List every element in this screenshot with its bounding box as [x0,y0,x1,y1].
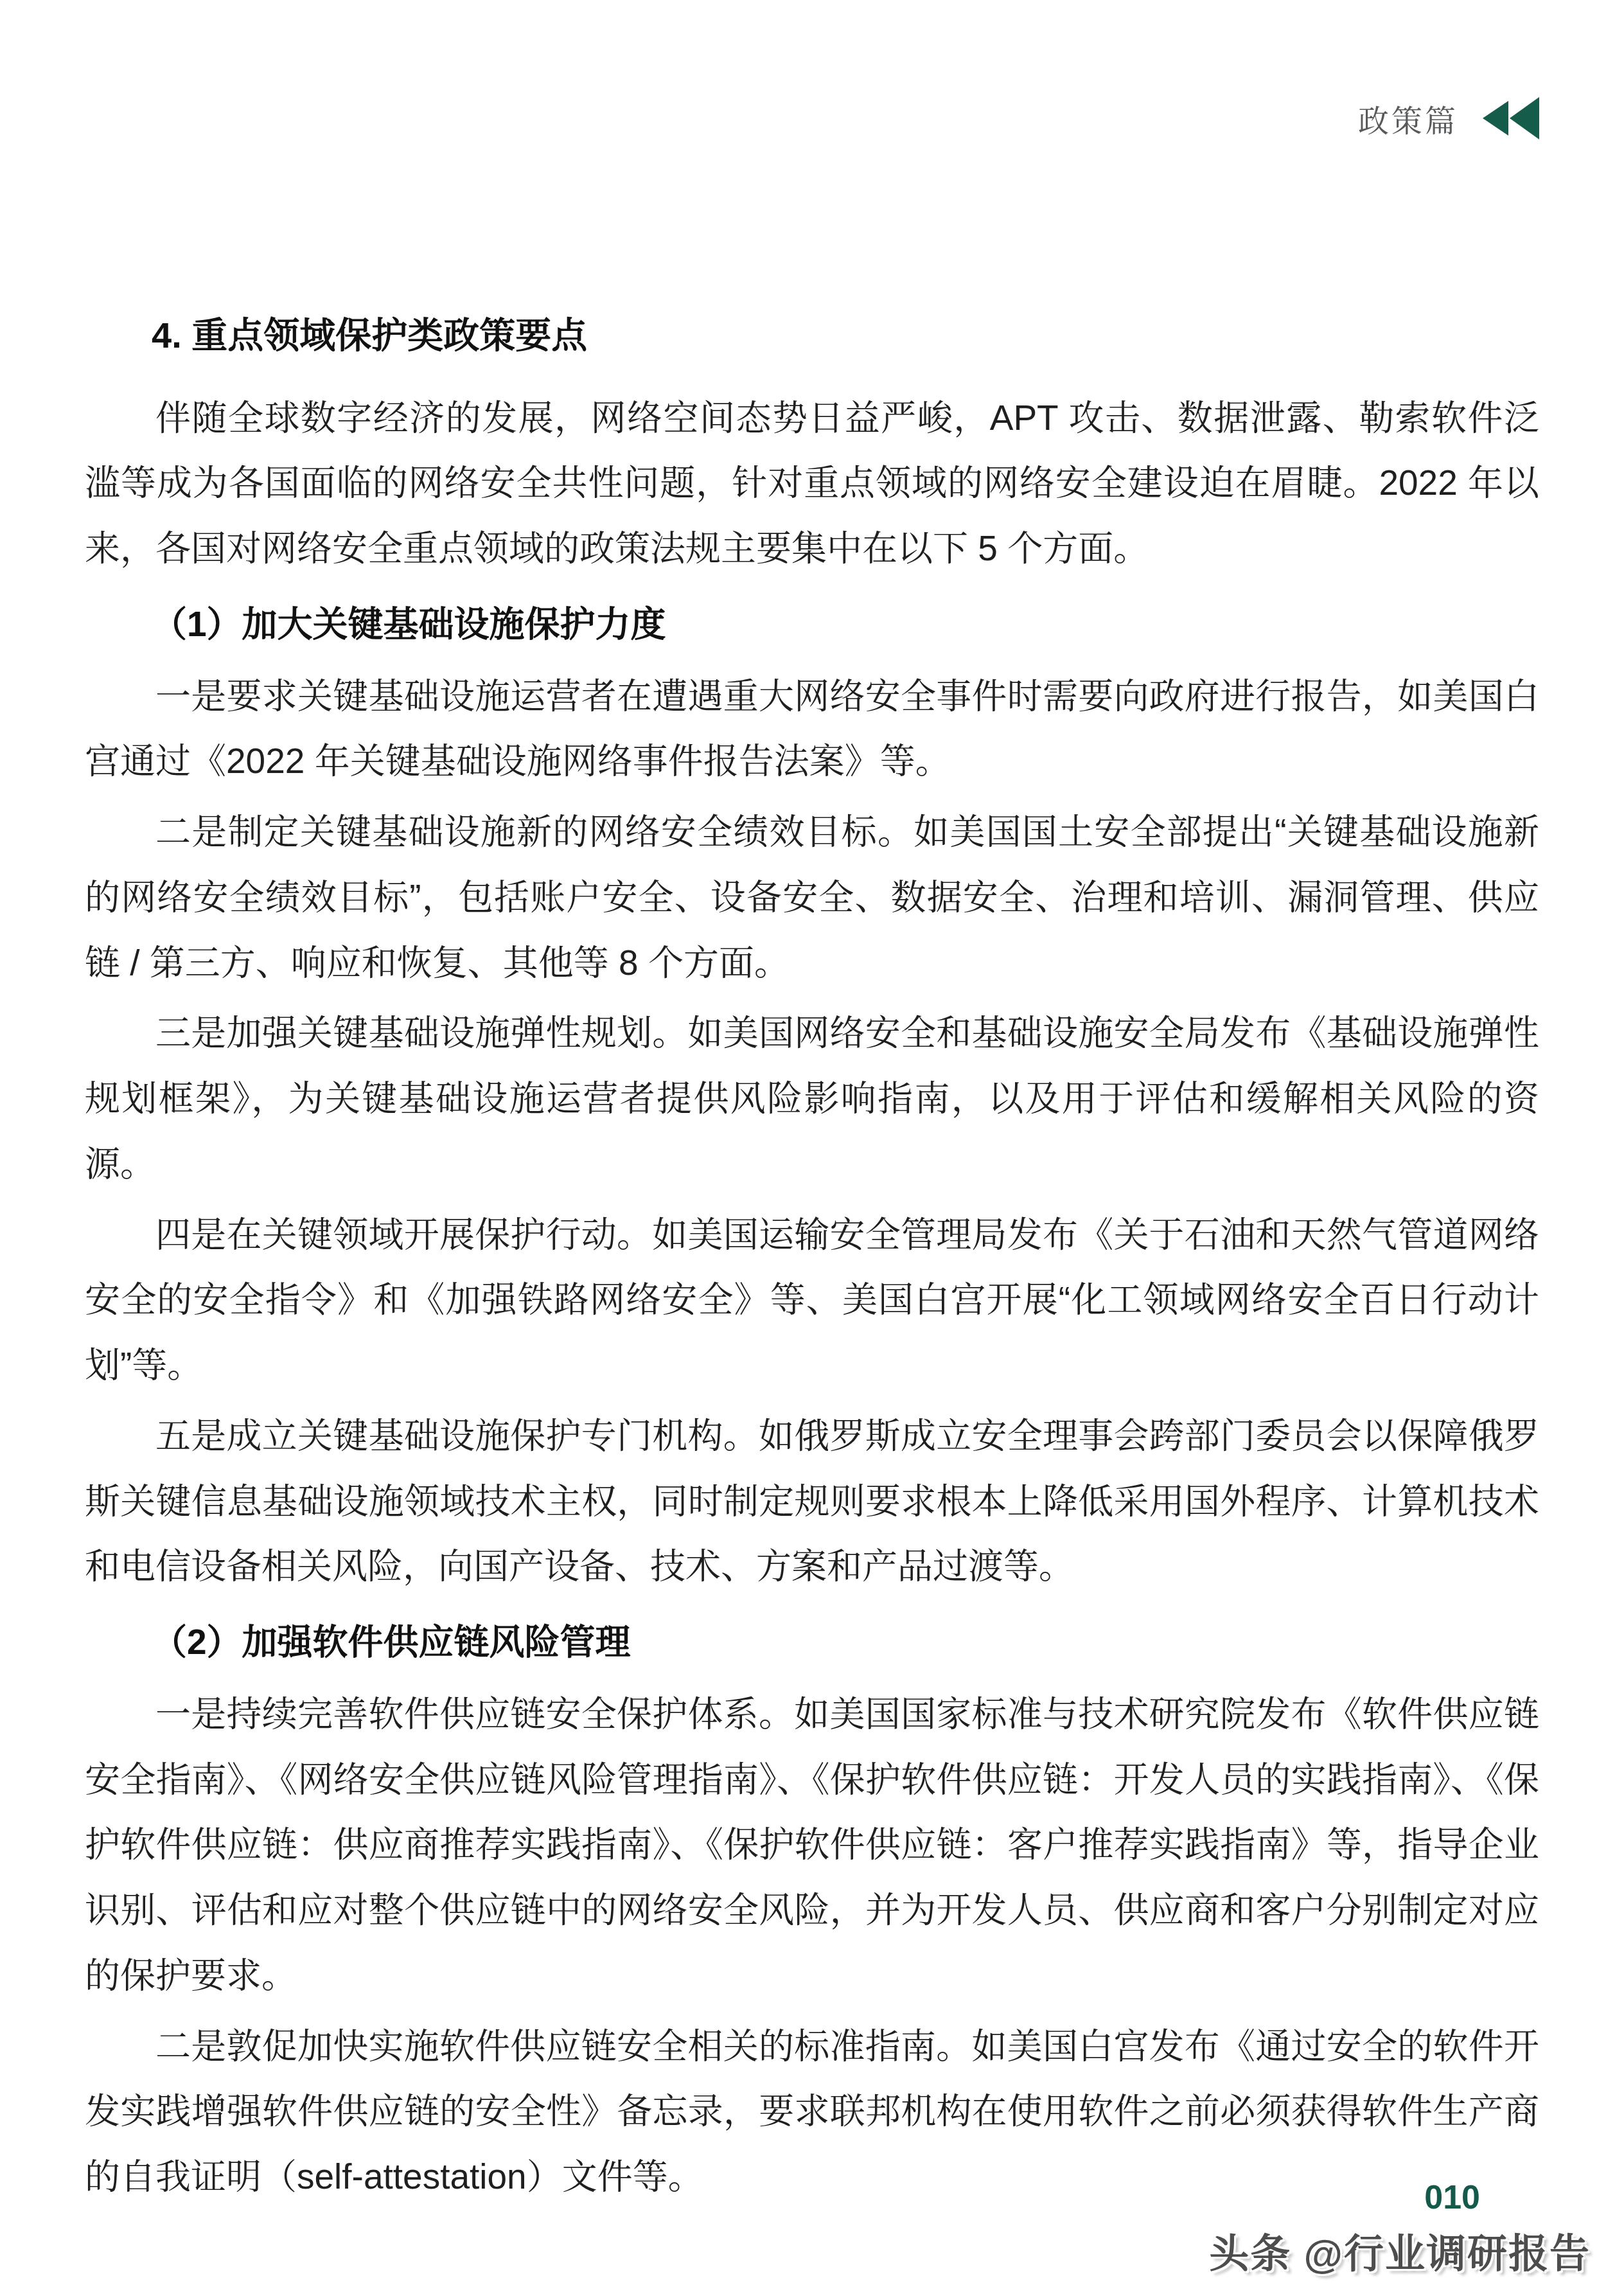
paragraph: 三是加强关键基础设施弹性规划。如美国网络安全和基础设施安全局发布《基础设施弹性规… [85,1000,1539,1196]
rewind-double-left-arrow-icon [1475,95,1542,141]
watermark: 头条 @行业调研报告 [1209,2222,1591,2279]
document-page: 政策篇 4. 重点领域保护类政策要点 伴随全球数字经济的发展，网络空间态势日益严… [0,0,1624,2285]
paragraph: 二是敦促加快实施软件供应链安全相关的标准指南。如美国白宫发布《通过安全的软件开发… [85,2014,1539,2210]
paragraph-intro: 伴随全球数字经济的发展，网络空间态势日益严峻，APT 攻击、数据泄露、勒索软件泛… [85,386,1539,582]
subsection-2-title: （2）加强软件供应链风险管理 [85,1610,1539,1675]
subsection-1-title: （1）加大关键基础设施保护力度 [85,592,1539,657]
paragraph: 四是在关键领域开展保护行动。如美国运输安全管理局发布《关于石油和天然气管道网络安… [85,1202,1539,1398]
paragraph: 一是持续完善软件供应链安全保护体系。如美国国家标准与技术研究院发布《软件供应链安… [85,1682,1539,2009]
section-heading: 4. 重点领域保护类政策要点 [85,302,1539,369]
page-body: 4. 重点领域保护类政策要点 伴随全球数字经济的发展，网络空间态势日益严峻，AP… [85,302,1539,2215]
page-header: 政策篇 [1358,95,1542,141]
paragraph: 二是制定关键基础设施新的网络安全绩效目标。如美国国土安全部提出“关键基础设施新的… [85,799,1539,995]
paragraph: 一是要求关键基础设施运营者在遭遇重大网络安全事件时需要向政府进行报告，如美国白宫… [85,664,1539,795]
paragraph: 五是成立关键基础设施保护专门机构。如俄罗斯成立安全理事会跨部门委员会以保障俄罗斯… [85,1403,1539,1599]
page-number: 010 [1424,2178,1480,2217]
section-label: 政策篇 [1358,96,1458,141]
